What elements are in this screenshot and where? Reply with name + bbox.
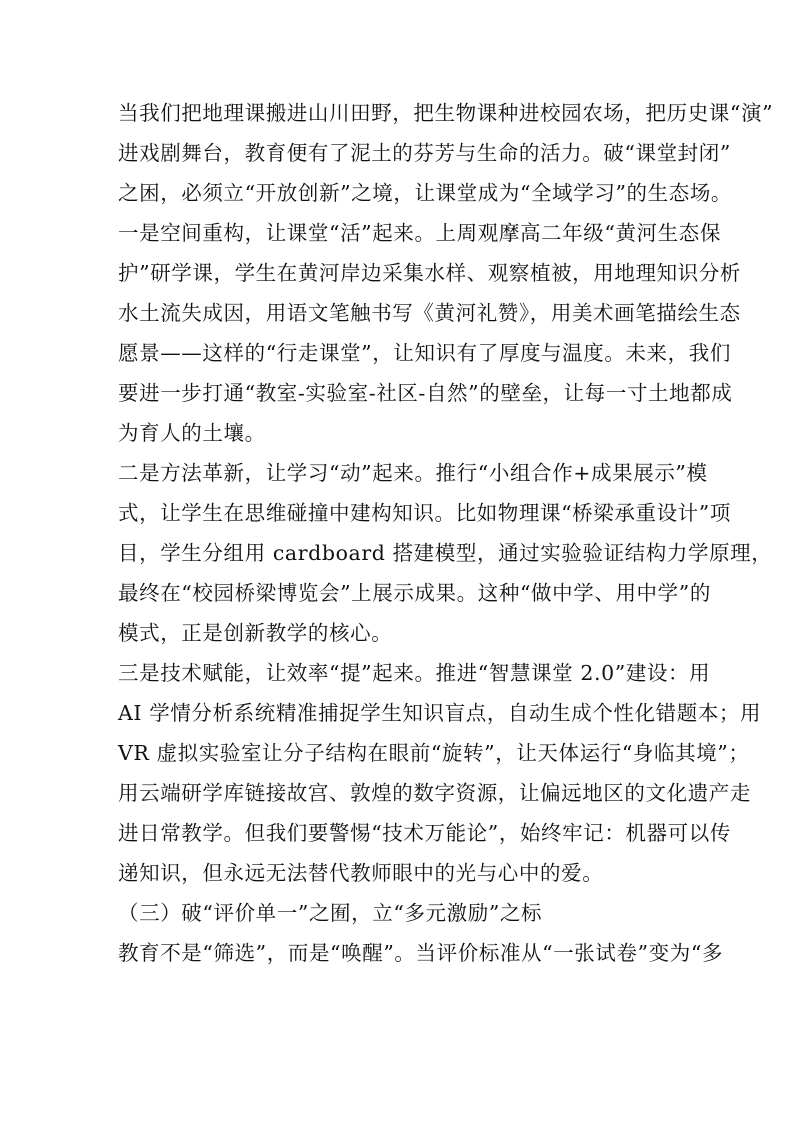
document-page: 当我们把地理课搬进山川田野，把生物课种进校园农场，把历史课“演” 进戏剧舞台，教…: [0, 0, 793, 1122]
text-line-point3-2: AI 学情分析系统精准捕捉学生知识盲点，自动生成个性化错题本；用: [118, 693, 683, 733]
text-line-intro-2: 进戏剧舞台，教育便有了泥土的芬芳与生命的活力。破“课堂封闭”: [118, 133, 683, 173]
text-line-point2-2: 式，让学生在思维碰撞中建构知识。比如物理课“桥梁承重设计”项: [118, 493, 683, 533]
text-line-point3-1: 三是技术赋能，让效率“提”起来。推进“智慧课堂 2.0”建设：用: [118, 653, 683, 693]
text-line-point1-3: 水土流失成因，用语文笔触书写《黄河礼赞》，用美术画笔描绘生态: [118, 293, 683, 333]
text-line-section3-1: 教育不是“筛选”，而是“唤醒”。当评价标准从“一张试卷”变为“多: [118, 933, 683, 973]
text-line-point3-5: 进日常教学。但我们要警惕“技术万能论”，始终牢记：机器可以传: [118, 813, 683, 853]
text-line-point2-4: 最终在“校园桥梁博览会”上展示成果。这种“做中学、用中学”的: [118, 573, 683, 613]
text-line-point1-4: 愿景——这样的“行走课堂”，让知识有了厚度与温度。未来，我们: [118, 333, 683, 373]
text-line-point1-5: 要进一步打通“教室-实验室-社区-自然”的壁垒，让每一寸土地都成: [118, 373, 683, 413]
text-line-point3-4: 用云端研学库链接故宫、敦煌的数字资源，让偏远地区的文化遗产走: [118, 773, 683, 813]
text-line-point2-3: 目，学生分组用 cardboard 搭建模型，通过实验验证结构力学原理，: [118, 533, 683, 573]
text-line-point2-1: 二是方法革新，让学习“动”起来。推行“小组合作+成果展示”模: [118, 453, 683, 493]
text-line-intro-3: 之困，必须立“开放创新”之境，让课堂成为“全域学习”的生态场。: [118, 173, 683, 213]
body-text: 当我们把地理课搬进山川田野，把生物课种进校园农场，把历史课“演” 进戏剧舞台，教…: [118, 93, 683, 973]
section-heading-3: （三）破“评价单一”之囿，立“多元激励”之标: [118, 893, 683, 933]
text-line-point3-3: VR 虚拟实验室让分子结构在眼前“旋转”，让天体运行“身临其境”；: [118, 733, 683, 773]
text-line-point3-6: 递知识，但永远无法替代教师眼中的光与心中的爱。: [118, 853, 683, 893]
text-line-point1-6: 为育人的土壤。: [118, 413, 683, 453]
text-line-intro-1: 当我们把地理课搬进山川田野，把生物课种进校园农场，把历史课“演”: [118, 93, 683, 133]
text-line-point2-5: 模式，正是创新教学的核心。: [118, 613, 683, 653]
text-line-point1-1: 一是空间重构，让课堂“活”起来。上周观摩高二年级“黄河生态保: [118, 213, 683, 253]
text-line-point1-2: 护”研学课，学生在黄河岸边采集水样、观察植被，用地理知识分析: [118, 253, 683, 293]
